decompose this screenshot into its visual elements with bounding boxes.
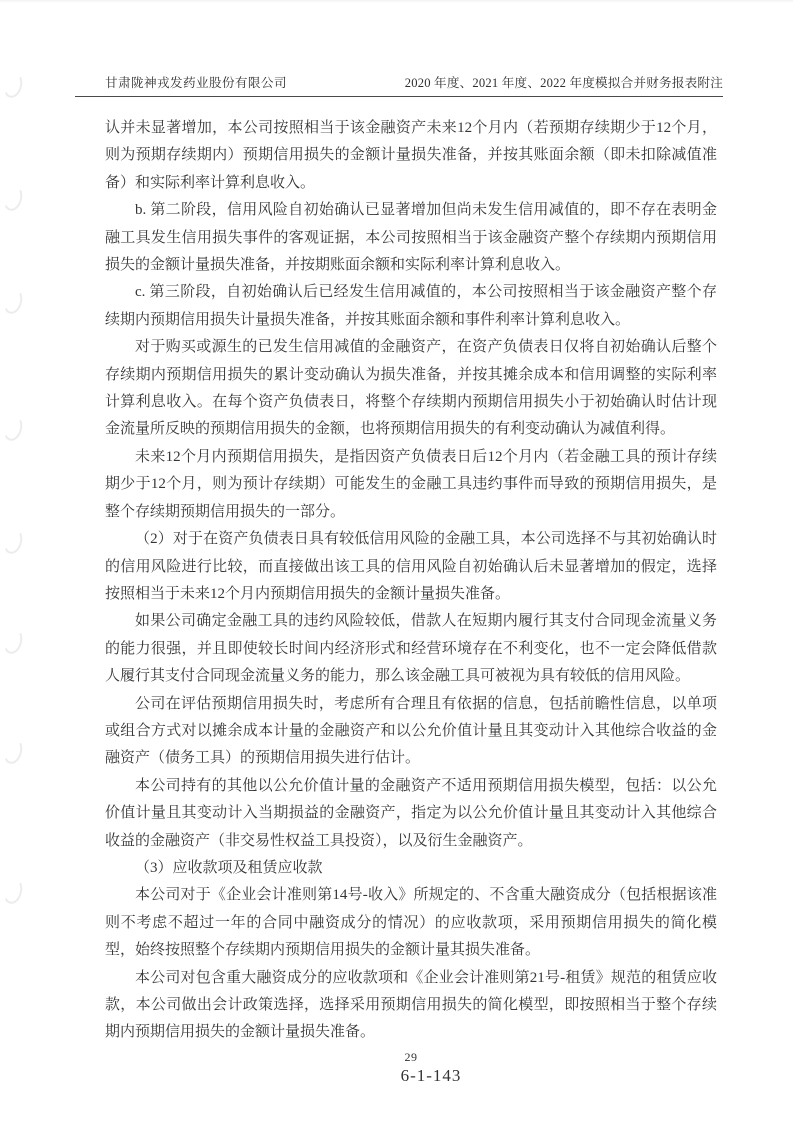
binding-mark xyxy=(1,736,25,766)
page-number: 29 xyxy=(105,1050,717,1065)
binding-mark xyxy=(1,626,25,656)
paragraph: 未来12个月内预期信用损失，是指因资产负债表日后12个月内（若金融工具的预计存续… xyxy=(105,444,717,526)
report-title: 2020 年度、2021 年度、2022 年度模拟合并财务报表附注 xyxy=(405,72,723,91)
paragraph-item-3-heading: （3）应收款项及租赁应收款 xyxy=(105,855,717,882)
paragraph: 本公司对包含重大融资成分的应收款项和《企业会计准则第21号-租赁》规范的租赁应收… xyxy=(105,965,717,1047)
binding-mark xyxy=(1,876,25,906)
paragraph: 本公司持有的其他以公允价值计量的金融资产不适用预期信用损失模型，包括：以公允价值… xyxy=(105,773,717,855)
page-header: 甘肃陇神戎发药业股份有限公司 2020 年度、2021 年度、2022 年度模拟… xyxy=(75,72,723,97)
binding-mark xyxy=(1,286,25,316)
paragraph: 本公司对于《企业会计准则第14号-收入》所规定的、不含重大融资成分（包括根据该准… xyxy=(105,882,717,964)
paragraph-continuation: 认并未显著增加，本公司按照相当于该金融资产未来12个月内（若预期存续期少于12个… xyxy=(105,115,717,197)
paragraph-stage-c: c. 第三阶段，自初始确认后已经发生信用减值的，本公司按照相当于该金融资产整个存… xyxy=(105,279,717,334)
company-name: 甘肃陇神戎发药业股份有限公司 xyxy=(75,72,287,91)
binding-mark xyxy=(1,70,25,100)
document-page: 甘肃陇神戎发药业股份有限公司 2020 年度、2021 年度、2022 年度模拟… xyxy=(0,0,793,1122)
binding-mark xyxy=(1,413,25,443)
volume-page-number: 6-1-143 xyxy=(145,1065,717,1087)
page-footer: 29 6-1-143 xyxy=(105,1050,717,1087)
binding-mark xyxy=(1,183,25,213)
binding-mark xyxy=(1,526,25,556)
document-body: 认并未显著增加，本公司按照相当于该金融资产未来12个月内（若预期存续期少于12个… xyxy=(105,115,717,1047)
paragraph: 对于购买或源生的已发生信用减值的金融资产，在资产负债表日仅将自初始确认后整个存续… xyxy=(105,334,717,444)
paragraph-stage-b: b. 第二阶段，信用风险自初始确认已显著增加但尚未发生信用减值的，即不存在表明金… xyxy=(105,197,717,279)
paragraph-item-2: （2）对于在资产负债表日具有较低信用风险的金融工具，本公司选择不与其初始确认时的… xyxy=(105,526,717,608)
paragraph: 公司在评估预期信用损失时，考虑所有合理且有依据的信息，包括前瞻性信息，以单项或组… xyxy=(105,691,717,773)
paragraph: 如果公司确定金融工具的违约风险较低，借款人在短期内履行其支付合同现金流量义务的能… xyxy=(105,608,717,690)
